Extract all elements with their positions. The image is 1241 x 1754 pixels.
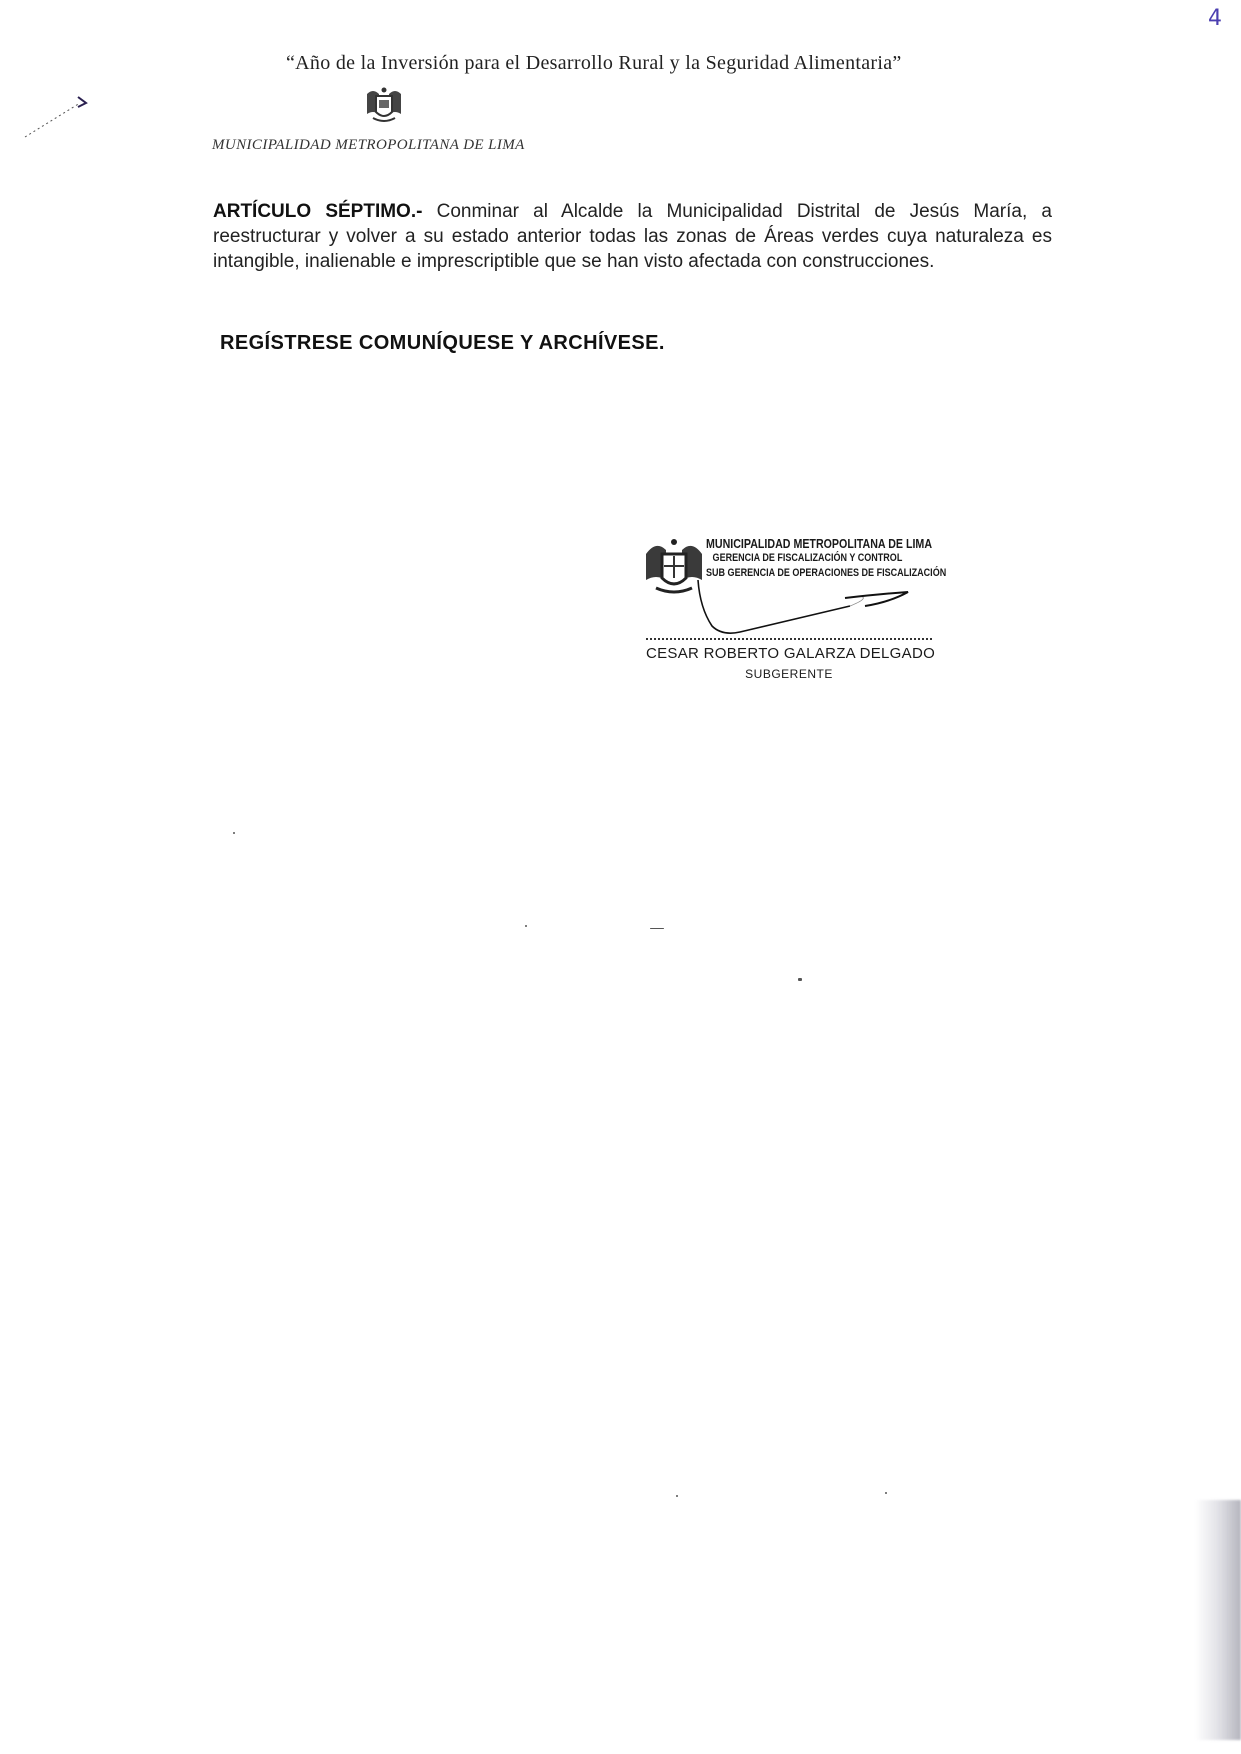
page-number-handwritten: 4 [1208, 6, 1222, 31]
official-stamp: MUNICIPALIDAD METROPOLITANA DE LIMA GERE… [640, 528, 940, 688]
coat-of-arms-icon [363, 84, 405, 126]
scan-speck [650, 928, 664, 929]
closing-formula: REGÍSTRESE COMUNÍQUESE Y ARCHÍVESE. [220, 332, 665, 355]
signatory-role: SUBGERENTE [646, 667, 932, 681]
signature-line [646, 638, 932, 640]
handwritten-signature [640, 528, 940, 648]
scan-edge-artifact [1195, 1500, 1241, 1740]
pen-stroke-mark [20, 85, 100, 145]
scan-speck [525, 925, 527, 927]
signatory-name: CESAR ROBERTO GALARZA DELGADO [646, 645, 932, 662]
scan-speck [885, 1492, 887, 1494]
article-seventh: ARTÍCULO SÉPTIMO.- Conminar al Alcalde l… [213, 199, 1052, 274]
scan-speck [233, 832, 235, 834]
scan-speck [676, 1495, 678, 1497]
article-title: ARTÍCULO SÉPTIMO.- [213, 201, 422, 222]
scan-speck [798, 978, 802, 981]
institution-header: MUNICIPALIDAD METROPOLITANA DE LIMA [212, 137, 525, 154]
official-year-motto: “Año de la Inversión para el Desarrollo … [286, 52, 902, 75]
